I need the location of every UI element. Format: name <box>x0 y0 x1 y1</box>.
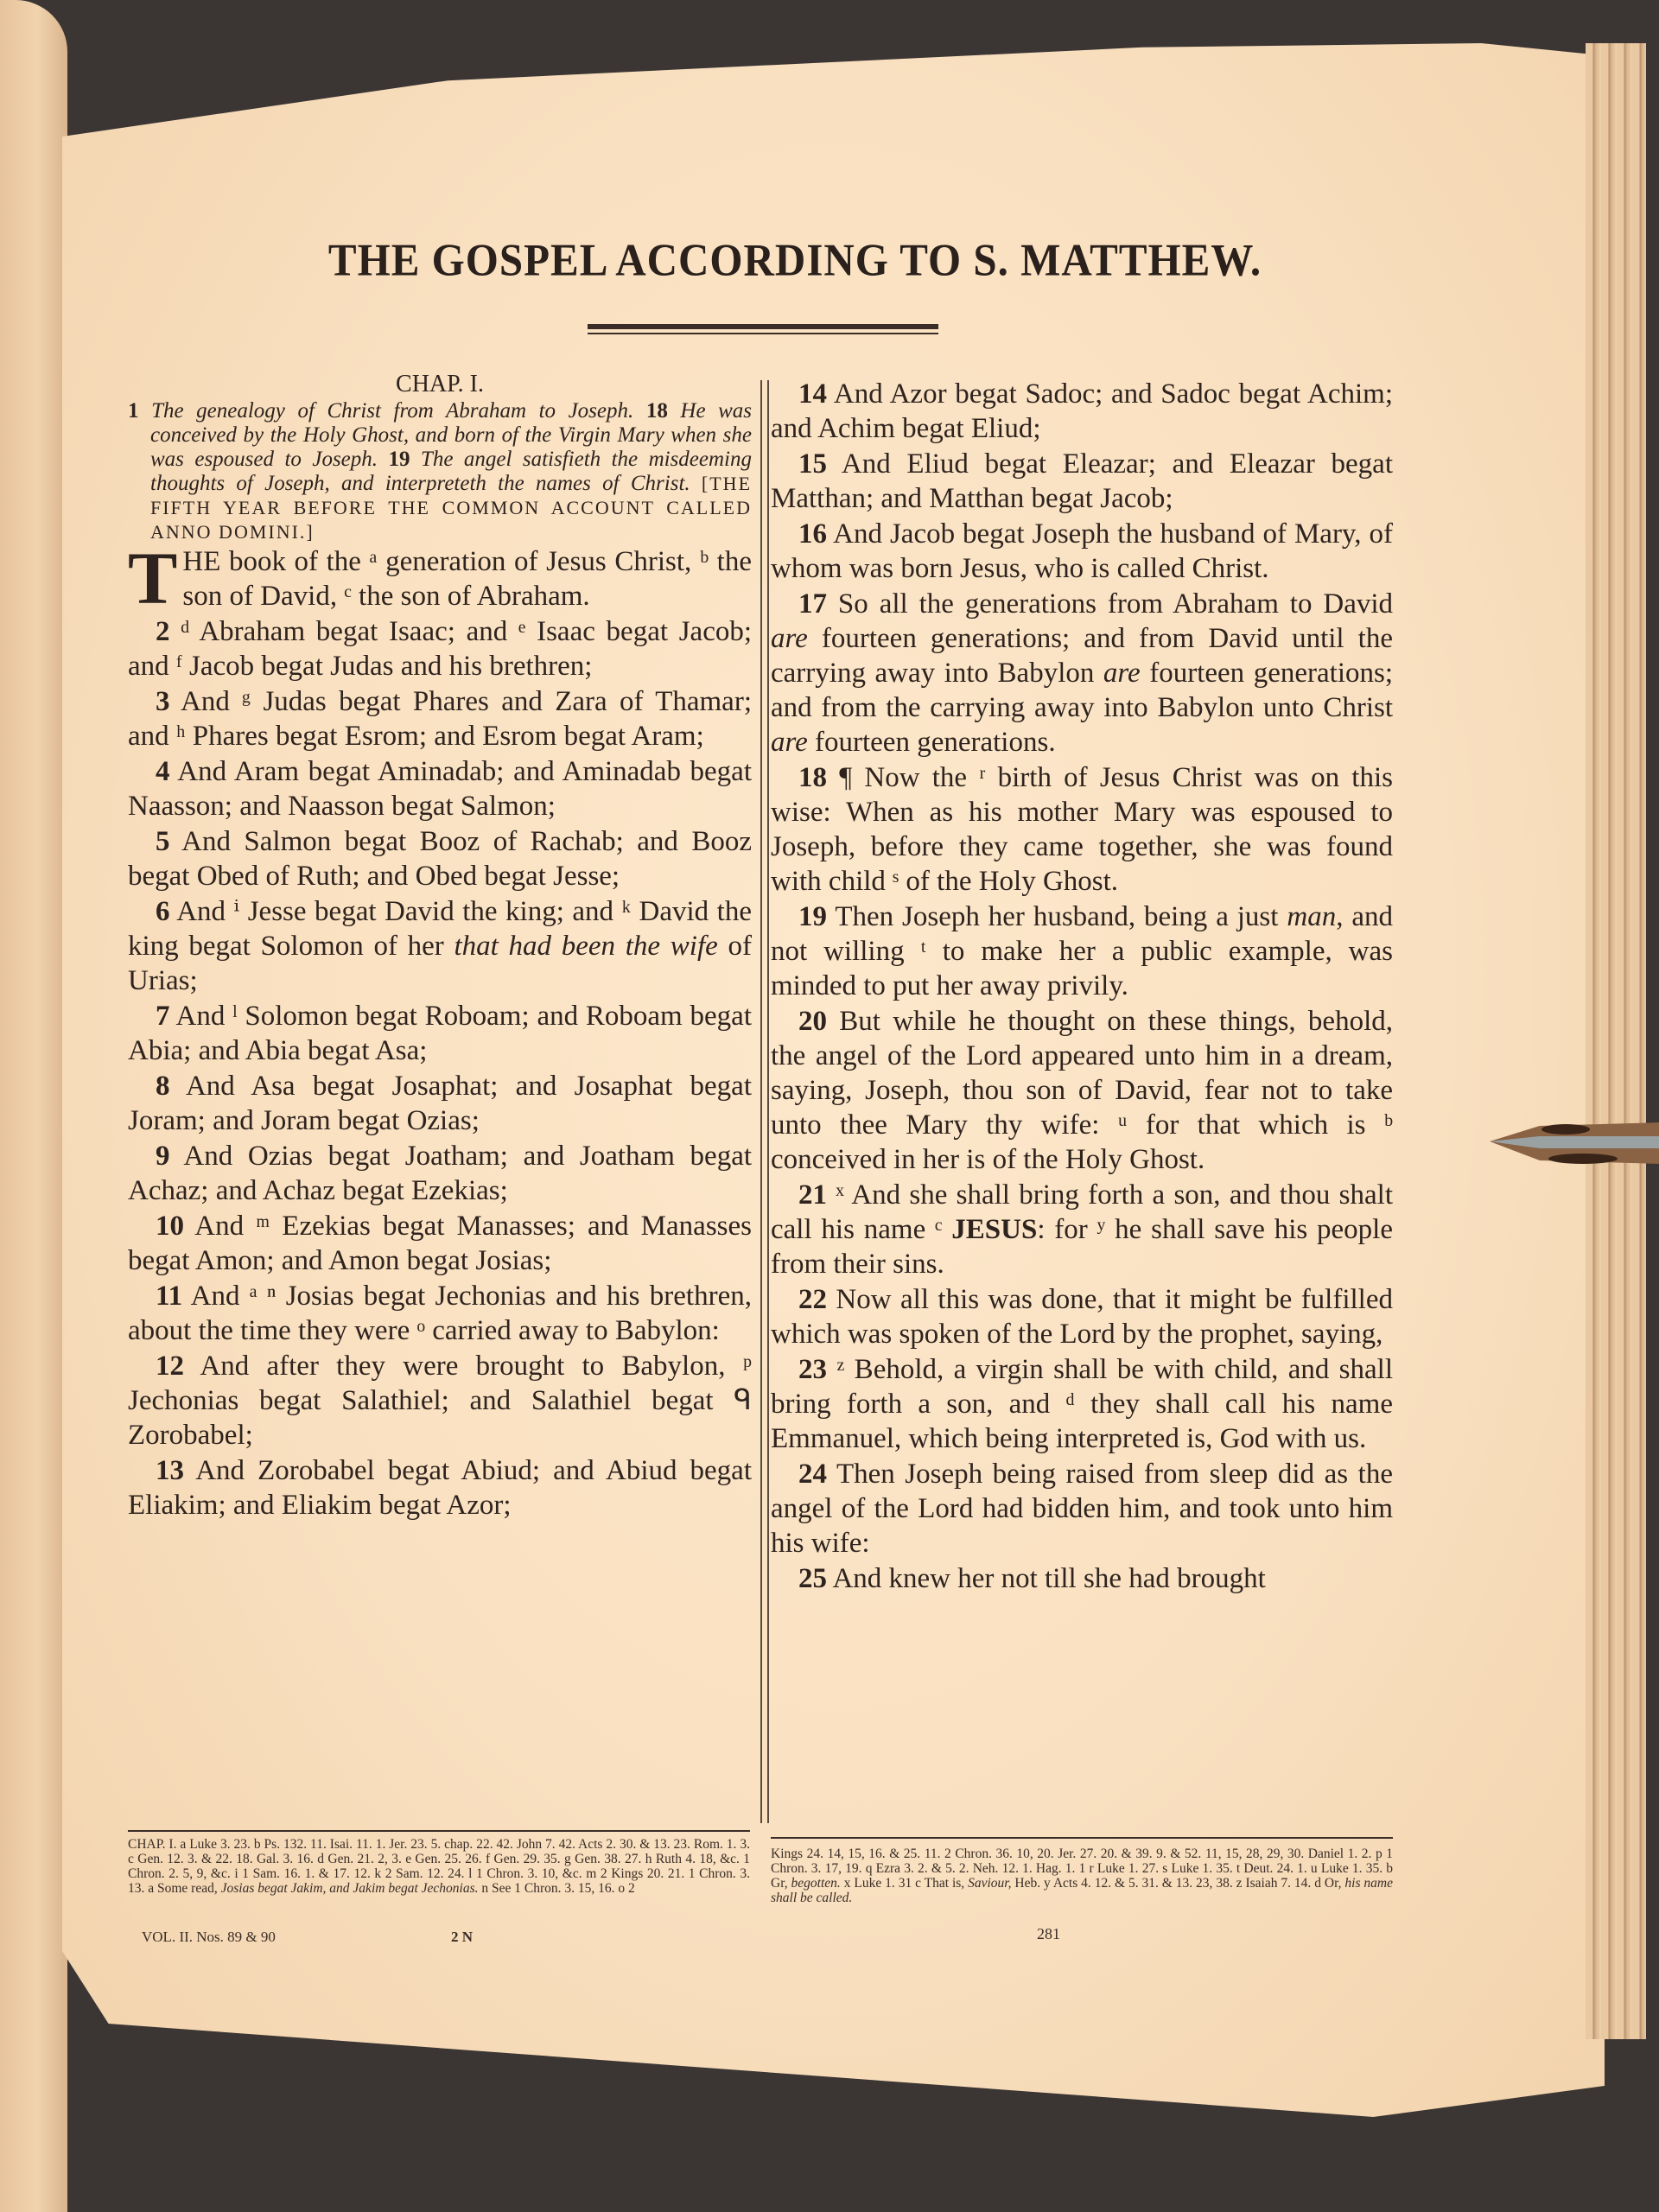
verse-19: 19 Then Joseph her husband, being a just… <box>771 899 1393 1003</box>
verse-21: 21 ˣ And she shall bring forth a son, an… <box>771 1178 1393 1281</box>
chapter-heading: CHAP. I. <box>128 372 752 397</box>
book-title: THE GOSPEL ACCORDING TO S. MATTHEW. <box>225 233 1365 287</box>
signature-mark: 2 N <box>451 1929 473 1946</box>
verse-7: 7 And ˡ Solomon begat Roboam; and Roboam… <box>128 999 752 1068</box>
verse-11: 11 And ᵃ ⁿ Josias begat Jechonias and hi… <box>128 1279 752 1348</box>
verse-22: 22 Now all this was done, that it might … <box>771 1282 1393 1351</box>
bookmark-clip-icon <box>1488 1117 1659 1169</box>
verse-15: 15 And Eliud begat Eleazar; and Eleazar … <box>771 447 1393 516</box>
verse-23: 23 ᶻ Behold, a virgin shall be with chil… <box>771 1352 1393 1456</box>
verse-1: THE book of the ᵃ generation of Jesus Ch… <box>128 544 752 613</box>
chapter-summary: 1 The genealogy of Christ from Abraham t… <box>128 399 752 544</box>
verse-10: 10 And ᵐ Ezekias begat Manasses; and Man… <box>128 1209 752 1278</box>
verse-8: 8 And Asa begat Josaphat; and Josaphat b… <box>128 1069 752 1138</box>
verse-17: 17 So all the generations from Abraham t… <box>771 587 1393 760</box>
right-column: 14 And Azor begat Sadoc; and Sadoc begat… <box>771 377 1393 1597</box>
printer-signature-line: VOL. II. Nos. 89 & 90 2 N <box>142 1929 747 1946</box>
footnotes-left: CHAP. I. a Luke 3. 23. b Ps. 132. 11. Is… <box>128 1837 750 1896</box>
verse-24: 24 Then Joseph being raised from sleep d… <box>771 1457 1393 1560</box>
verse-14: 14 And Azor begat Sadoc; and Sadoc begat… <box>771 377 1393 446</box>
verse-9: 9 And Ozias begat Joatham; and Joatham b… <box>128 1139 752 1208</box>
verse-6: 6 And ⁱ Jesse begat David the king; and … <box>128 894 752 998</box>
facing-page-edge <box>0 0 67 2212</box>
verse-5: 5 And Salmon begat Booz of Rachab; and B… <box>128 824 752 893</box>
column-divider <box>760 380 769 1823</box>
footnotes-right: Kings 24. 14, 15, 16. & 25. 11. 2 Chron.… <box>771 1847 1393 1905</box>
verse-2: 2 ᵈ Abraham begat Isaac; and ᵉ Isaac beg… <box>128 614 752 683</box>
verse-25: 25 And knew her not till she had brought <box>771 1561 1393 1596</box>
page-number: 281 <box>1037 1925 1060 1943</box>
verse-13: 13 And Zorobabel begat Abiud; and Abiud … <box>128 1453 752 1522</box>
left-column: CHAP. I. 1 The genealogy of Christ from … <box>128 372 752 1523</box>
title-ornamental-rule <box>588 324 938 338</box>
footnote-rule-right <box>771 1837 1393 1839</box>
footnote-rule-left <box>128 1830 750 1832</box>
verse-3: 3 And ᵍ Judas begat Phares and Zara of T… <box>128 684 752 753</box>
verse-4: 4 And Aram begat Aminadab; and Aminadab … <box>128 754 752 823</box>
verse-16: 16 And Jacob begat Joseph the husband of… <box>771 517 1393 586</box>
verse-20: 20 But while he thought on these things,… <box>771 1004 1393 1177</box>
page-stack-fore-edge <box>1586 43 1646 2039</box>
drop-cap: T <box>128 548 177 608</box>
verse-12: 12 And after they were brought to Babylo… <box>128 1349 752 1452</box>
verse-18: 18 ¶ Now the ʳ birth of Jesus Christ was… <box>771 760 1393 899</box>
